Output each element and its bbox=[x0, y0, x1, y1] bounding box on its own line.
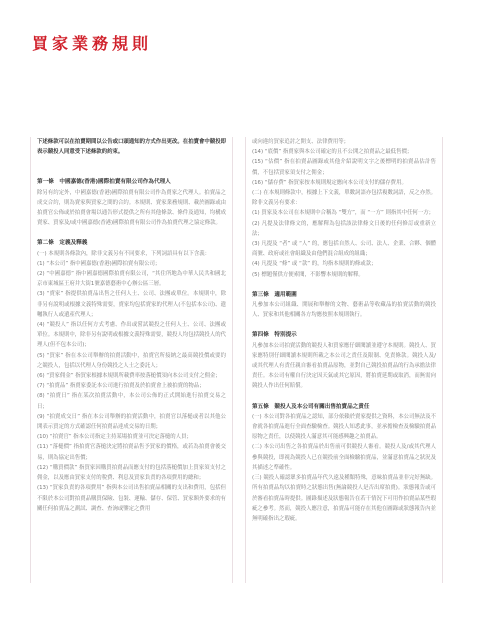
interpretation-item: (二) 在本規則條款中，根據上下文義，單數詞語亦包括複數詞語，反之亦然。除非文義… bbox=[252, 188, 436, 208]
page-title: 買家業務規則 bbox=[32, 34, 152, 54]
definition-item: (2) “中國嘉德” 指中國嘉德國際拍賣有限公司，“其住所地為中華人民共和國北京… bbox=[37, 269, 226, 289]
intro-paragraph: 下述條款可以在拍賣期間以公告或口頭通知的方式作出更改。在拍賣會中競投即表示競投人… bbox=[37, 137, 226, 157]
right-column: 或向違約買家追討之開支、法律費用等； (14) “底價” 指賣家與本公司確定的且… bbox=[245, 137, 443, 583]
interpretation-item: (5) 標題僅供方便索閱，不影響本規則的解釋。 bbox=[252, 270, 436, 280]
paragraph: 凡參加本公司組織、開展和舉辦的文物、藝術品等收藏品的拍賣活動的競投人、買家和其他… bbox=[252, 300, 436, 320]
section-heading-article-1: 第一條 中國嘉德(香港)國際拍賣有限公司作為代理人 bbox=[37, 177, 226, 187]
definition-item: (6) “買家佣金” 指買家根據本規則所載費率按落槌價須向本公司支付之佣金； bbox=[37, 371, 226, 381]
definition-item: (12) “購買價款” 指買家因購買拍賣品而應支付的包括落槌價加上買家須支付之佣… bbox=[37, 463, 226, 483]
definition-item: (13) “買家負責的各項費用” 指與本公司出售拍賣品相關的支出和費用，包括但不… bbox=[37, 483, 226, 514]
definition-item: (15) “估價” 指在拍賣品圖錄或其他介紹說明文字之後標明的拍賣品估計售價，不… bbox=[252, 157, 436, 177]
section-heading-article-2: 第二條 定義及釋義 bbox=[37, 238, 226, 248]
definition-item: (16) “儲存費” 指買家按本規則規定應向本公司支付的儲存費用。 bbox=[252, 178, 436, 188]
section-heading-article-4: 第四條 特別提示 bbox=[252, 330, 436, 340]
section-heading-article-5: 第五條 競投人及本公司有關出售拍賣品之責任 bbox=[252, 402, 436, 412]
definition-item: (3) “賣家” 指提供拍賣品出售之任何人士、公司、法團或單位。本規則中，除非另… bbox=[37, 289, 226, 320]
paragraph: (一) 本規則各條款內，除非文義另有不同要求，下列詞語具有以下含義： bbox=[37, 249, 226, 259]
definition-item: (9) “拍賣成交日” 指在本公司舉辦的拍賣活動中，拍賣官以落槌或者以其他公開表… bbox=[37, 412, 226, 432]
definition-item: (14) “底價” 指賣家與本公司確定的且不公開之拍賣品之最低售價； bbox=[252, 147, 436, 157]
definition-item: (11) “落槌價” 指拍賣官落槌決定將拍賣品售予買家的價格，或若為拍賣會後交易… bbox=[37, 442, 226, 462]
definition-item: (5) “買家” 指在本公司舉辦的拍賣活動中，拍賣官所接納之最高競投價或要約之競… bbox=[37, 351, 226, 371]
paragraph: 除另有約定外，中國嘉德(香港)國際拍賣有限公司作為賣家之代理人。拍賣品之成交合約… bbox=[37, 188, 226, 229]
definition-item: (7) “拍賣品” 指賣家委託本公司進行拍賣及於拍賣會上被拍賣的物品； bbox=[37, 381, 226, 391]
interpretation-item: (1) 買家及本公司在本規則中合稱為 “雙方”，而 “一方” 則指其中任何一方； bbox=[252, 208, 436, 218]
interpretation-item: (3) 凡提及 “者” 或 “人” 的，應包括自然人、公司、法人、企業、合夥、個… bbox=[252, 239, 436, 259]
definition-item: (1) “本公司” 指中國嘉德(香港)國際拍賣有限公司； bbox=[37, 259, 226, 269]
paragraph: (二) 本公司出售之各拍賣品於出售前可供競投人審看。競投人及/或其代理人參與競投… bbox=[252, 442, 436, 473]
paragraph: (三) 競投人確認眾多拍賣品年代久遠及種類特殊，意味拍賣品並非完好無缺。所有拍賣… bbox=[252, 473, 436, 524]
paragraph: 凡參加本公司拍賣活動的競投人和買家應仔細閱讀並遵守本規則。競投人、買家應特別仔細… bbox=[252, 341, 436, 392]
definition-item: (8) “拍賣日” 指在某次拍賣活動中，本公司公佈的正式開始進行拍賣交易之日； bbox=[37, 391, 226, 411]
definition-item: 或向違約買家追討之開支、法律費用等； bbox=[252, 137, 436, 147]
definition-item: (10) “拍賣官” 指本公司指定主持某場拍賣並可決定落槌的人員； bbox=[37, 432, 226, 442]
paragraph: (一) 本公司對各拍賣品之認知，部分依賴於賣家提供之資料，本公司無法及不會就各拍… bbox=[252, 412, 436, 443]
interpretation-item: (2) 凡提及法律條文的，應解釋為包括該法律條文日後的任何修訂或重新立法； bbox=[252, 219, 436, 239]
section-heading-article-3: 第三條 適用範圍 bbox=[252, 290, 436, 300]
left-column: 下述條款可以在拍賣期間以公告或口頭通知的方式作出更改。在拍賣會中競投即表示競投人… bbox=[30, 137, 233, 583]
definition-item: (4) “競投人” 指以任何方式考慮、作出或嘗試競投之任何人士、公司、法團或單位… bbox=[37, 320, 226, 351]
interpretation-item: (4) 凡提及 “條” 或 “款” 的，均指本規則的條或款； bbox=[252, 259, 436, 269]
